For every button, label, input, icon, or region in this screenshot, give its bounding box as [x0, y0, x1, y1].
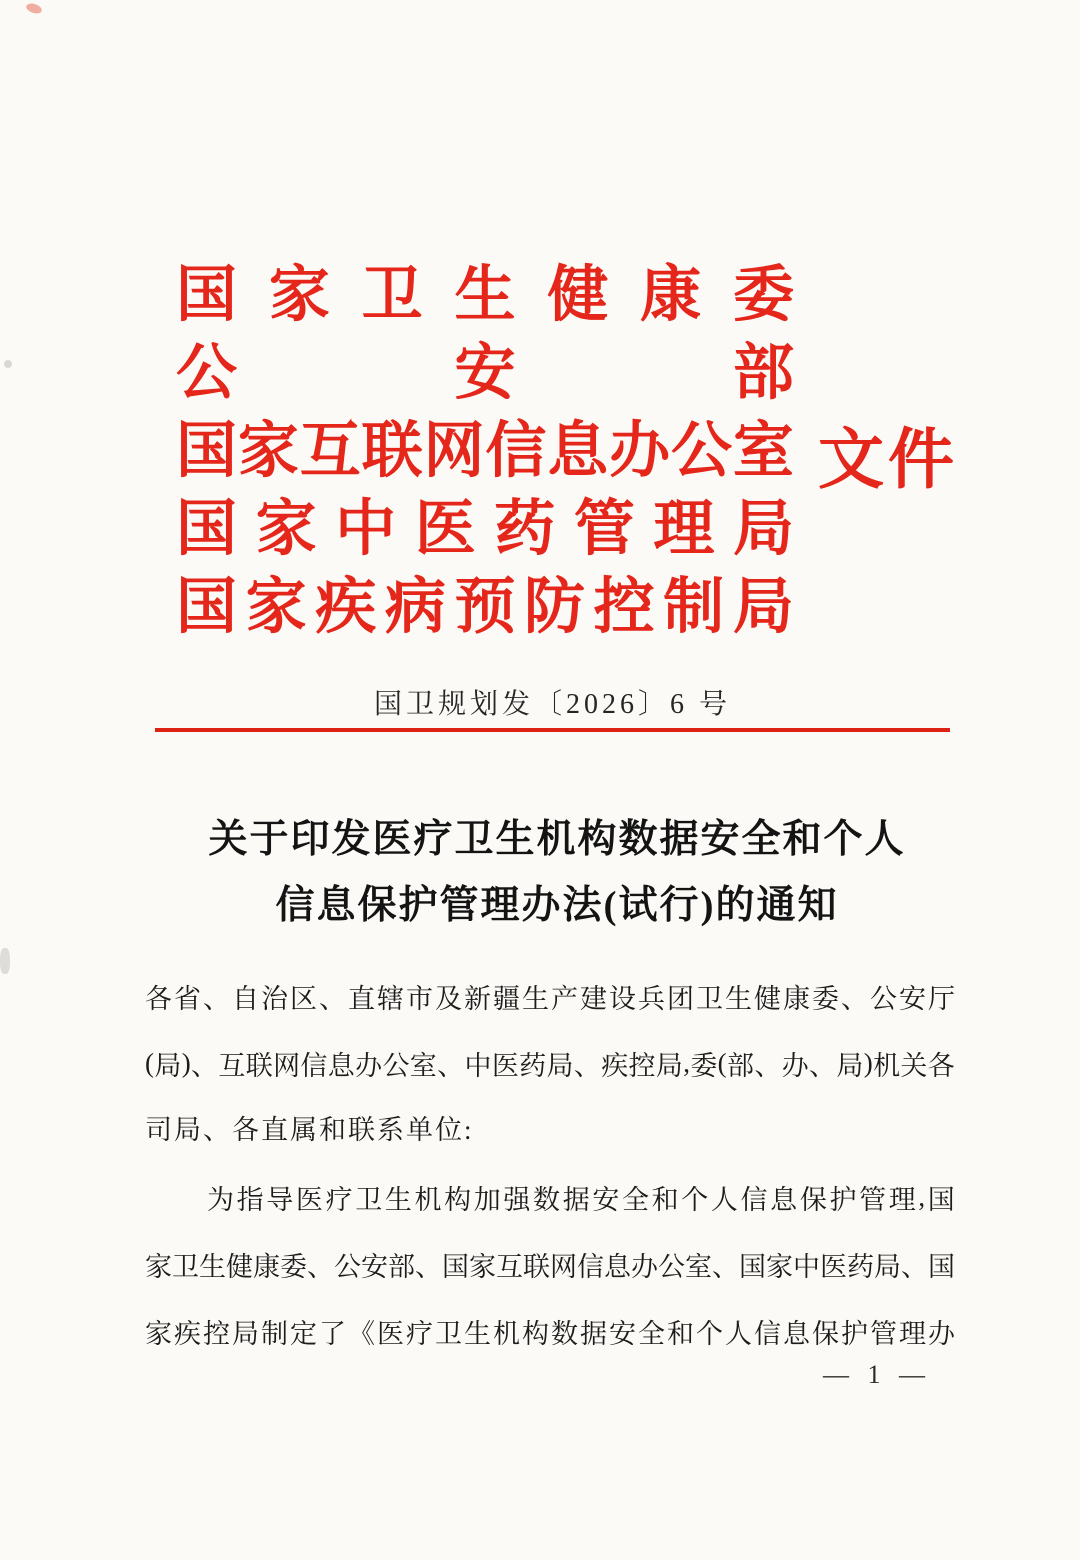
agency-name-block: 国家卫生健康委公安部国家互联网信息办公室国家中医药管理局国家疾病预防控制局: [176, 250, 794, 640]
body-text-line: 家疾控局制定了《医疗卫生机构数据安全和个人信息保护管理办: [145, 1298, 955, 1365]
body-text-line: 各省、自治区、直辖市及新疆生产建设兵团卫生健康委、公安厅: [145, 963, 955, 1030]
body-text-line: 家卫生健康委、公安部、国家互联网信息办公室、国家中医药局、国: [145, 1231, 955, 1298]
body-text-line: 司局、各直属和联系单位:: [145, 1097, 955, 1164]
agency-name: 国家中医药管理局: [176, 484, 794, 562]
body-text-line: (局)、互联网信息办公室、中医药局、疾控局,委(部、办、局)机关各: [145, 1030, 955, 1097]
scan-artifact-red-speck: [25, 2, 43, 16]
agency-name: 公安部: [176, 328, 794, 406]
red-divider-line: [155, 728, 950, 732]
document-title-line2: 信息保护管理办法(试行)的通知: [145, 873, 969, 939]
agency-name: 国家卫生健康委: [176, 250, 794, 328]
agency-name: 国家互联网信息办公室: [176, 406, 794, 484]
body-text: 各省、自治区、直辖市及新疆生产建设兵团卫生健康委、公安厅(局)、互联网信息办公室…: [145, 963, 955, 1365]
body-text-line: 为指导医疗卫生机构加强数据安全和个人信息保护管理,国: [145, 1164, 955, 1231]
document-title-line1: 关于印发医疗卫生机构数据安全和个人: [145, 807, 969, 873]
scanned-document-page: 国家卫生健康委公安部国家互联网信息办公室国家中医药管理局国家疾病预防控制局 文件…: [0, 0, 1080, 1560]
page-number: — 1 —: [787, 1360, 967, 1390]
agency-name: 国家疾病预防控制局: [176, 562, 794, 640]
doc-type-label: 文件: [818, 406, 958, 501]
scan-artifact-smudge: [0, 948, 10, 974]
document-title: 关于印发医疗卫生机构数据安全和个人 信息保护管理办法(试行)的通知: [145, 807, 969, 939]
doc-number: 国卫规划发〔2026〕6 号: [155, 688, 950, 722]
scan-artifact-dot: [4, 360, 12, 368]
